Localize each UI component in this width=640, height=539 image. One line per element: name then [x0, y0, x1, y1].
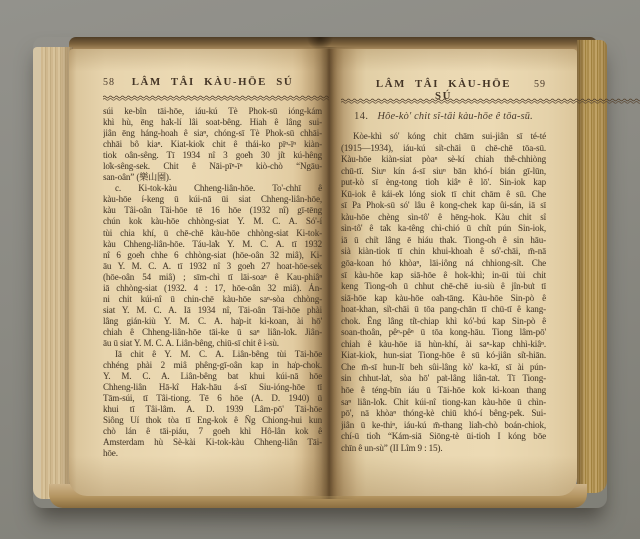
text-line: kàu Chheng-liân-hōe. Táu-la̍k Y. M. C. A…	[103, 239, 322, 250]
text-line: jiân ū ke-thiⁿ, iáu-kú m̄-thang lia̍h-ch…	[341, 420, 546, 432]
text-line: iā chhòng-siat (1932. 4 : 17, hōe-oân 32…	[103, 283, 322, 294]
text-line: sin chhut-la̍t, sòa hō' pa̍t-lâng liân-t…	[341, 373, 546, 385]
text-line: kàu-hōe í-keng ū kúi-nā ūi siat Chheng-l…	[103, 194, 322, 205]
text-line: chò lán ê tāi-piáu, 7 goe̍h khì Hô-lân k…	[103, 426, 322, 437]
text-line: chū-tī. Siuⁿ kín á-sī siuⁿ bān khó-í biá…	[341, 166, 546, 178]
right-page-edge-stack	[577, 40, 607, 493]
text-line: kàu Tâi-oân Tāi-hōe tē 16 hōe (1932 nî) …	[103, 205, 322, 216]
text-line: chhéng phài 2 miâ phêng-gī-oân kap in ha…	[103, 360, 322, 371]
text-line: (1915—1934), iáu-kú si̍t-chāi ū chē-chē …	[341, 143, 546, 155]
right-page: LÂM TÂI KÀU-HŌE SÚ 59 14. Hôe-kò' chit s…	[329, 49, 577, 496]
section-number: 14.	[354, 111, 368, 122]
wavy-rule	[341, 98, 640, 104]
text-line: sià kiàn-tiok tī chin khui-khoah ê só'-c…	[341, 246, 546, 258]
text-line: Amsterdam hù Sè-kài Ki-tok-kàu Chheng-li…	[103, 437, 322, 448]
text-line: Chheng-liân Hā-kî Ha̍k-hāu á-sī Siu-ióng…	[103, 382, 322, 393]
text-line: Kū-iok ê kái-e̍k lóng sio̍k tī chit chām…	[341, 189, 546, 201]
text-line: chhāi bô kiaⁿ. Kiat-kio̍k chit ê thái-ko…	[103, 139, 322, 150]
text-line: chok. Ēng lâng ti̍t-chiap khì kó'-bú kap…	[341, 316, 546, 328]
text-line: kàu-hōe chèng sìn-tô' ê hēng-hok. Kàu ch…	[341, 212, 546, 224]
text-line: pō', nā khòaⁿ thóng-kè chiū khó-í bêng-p…	[341, 408, 546, 420]
text-line: chīn ê un-sù” (II Lîm 9 : 15).	[341, 443, 546, 455]
running-title: LÂM TÂI KÀU-HŌE SÚ	[129, 76, 296, 88]
text-line: soan-thoân, pêⁿ-pêⁿ ū tōa kong-hāu. Tion…	[341, 327, 546, 339]
text-line: Kiat-kio̍k, hun-siat Tiong-hōe ê sū kó-j…	[341, 350, 546, 362]
text-line: siā-hōe kap kàu-hōe oa̍h-tāng. Kàu-hōe S…	[341, 293, 546, 305]
text-line: lâng gián-kiù Y. M. C. A. ha̍p-it ki-koa…	[103, 316, 322, 327]
text-line: āu ū siat Y. M. C. A. Liân-bêng, chiū-sī…	[103, 338, 322, 349]
text-line: saⁿ liân-lo̍k. Chit kúi-nî tiong-kan kàu…	[341, 397, 546, 409]
text-line: put-kò sī èng-tong tio̍h kiâⁿ ê lō'. Sin…	[341, 177, 546, 189]
text-line: hōe ê téng-bīn iáu ū Tāi-hōe kok ki-koan…	[341, 385, 546, 397]
text-line: siat Y. M. C. A. Iā 1934 nî, Tāi-oân Tāi…	[103, 305, 322, 316]
left-page: 58 LÂM TÂI KÀU-HŌE SÚ súi ke-bîn tāi-hōe…	[69, 49, 329, 496]
text-line: gōa-koan hó khòaⁿ, lāi-iông ná chhiong-s…	[341, 258, 546, 270]
text-line: sī Pa Phok-sū só' lâu ê kong-chek kap ûi…	[341, 200, 546, 212]
section-title: Hôe-kò' chit sî-tāi kàu-hōe ê tōa-sū.	[377, 111, 532, 122]
text-line: (hōe-oân 54 miâ) ; sīm-chì tī lāi-soaⁿ ê…	[103, 272, 322, 283]
text-line: sìn-tô' ê ta̍k ka-têng chì-chió ū chi̍t …	[341, 223, 546, 235]
text-line: tiok oân-sêng. Tī 1934 nî 3 goe̍h 30 ji̍…	[103, 150, 322, 161]
left-page-edge-stack	[33, 47, 73, 499]
text-line: keng Tiong-o̍h ū chhut chē-chē iu-siù ê …	[341, 281, 546, 293]
text-line: khui tī Tâi-lâm. A. D. 1939 Lâm-pō' Tāi-…	[103, 404, 322, 415]
text-line: súi ke-bîn tāi-hōe, iáu-kú Tè Phok-sū ió…	[103, 106, 322, 117]
text-line: jiân ēng háng-hoah ê siaⁿ, chóng-sī Tè P…	[103, 128, 322, 139]
text-line: lo̍k-sêng-sek. Chit ê Nāi-pīⁿ-īⁿ kiò-chò…	[103, 161, 322, 172]
section-heading: 14. Hôe-kò' chit sî-tāi kàu-hōe ê tōa-sū…	[341, 111, 546, 122]
text-line: āu Y. M. C. A. tī 1932 nî 3 goe̍h 27 hoa…	[103, 261, 322, 272]
text-line: hoat-khan, si̍t-chāi ū tōa pang-chān tī …	[341, 304, 546, 316]
left-running-head: 58 LÂM TÂI KÀU-HŌE SÚ	[103, 76, 322, 88]
text-line: Tām-súi, tī Tâi-tiong. Tē 6 hōe (A. D. 1…	[103, 393, 322, 404]
text-line: Che m̄-sī hun-lī beh sûi-lâng kò' ka-kī,…	[341, 362, 546, 374]
text-line: nî 6 goe̍h chhe 6 chhòng-siat (hōe-oân 3…	[103, 250, 322, 261]
text-line: Siông Uí thok tòa tī Eng-kok ê N̂g Chion…	[103, 415, 322, 426]
text-line: Kòe-khì só' kóng chit chām sui-jiân sī t…	[341, 131, 546, 143]
text-line: c. Ki-tok-kàu Chheng-liân-hōe. To'-chhī …	[103, 183, 322, 194]
right-page-body-text: Kòe-khì só' kóng chit chām sui-jiân sī t…	[341, 131, 546, 454]
left-page-number: 58	[103, 77, 129, 88]
text-line: tùi chia khí, ū chē-chē kàu-hōe chhòng-s…	[103, 228, 322, 239]
text-line: Kàu-hōe kiàn-siat pòaⁿ sè-kí chiah thê-c…	[341, 154, 546, 166]
text-line: chiah ê Chheng-liân-hōe tāi-ke ū saⁿ liâ…	[103, 327, 322, 338]
text-line: Iā chit ê Y. M. C. A. Liân-bêng tùi Tāi-…	[103, 349, 322, 360]
text-line: chí-ū tio̍h “Kám-siā Siōng-tè ūi-tio̍h I…	[341, 431, 546, 443]
text-line: chún kok kàu-hōe chhòng-siat Y. M. C. A.…	[103, 216, 322, 227]
text-line: hōe.	[103, 448, 322, 459]
text-line: Y. M. C. A. Liân-bêng bat khui kúi-nā hō…	[103, 371, 322, 382]
photo-background: 58 LÂM TÂI KÀU-HŌE SÚ súi ke-bîn tāi-hōe…	[0, 0, 640, 539]
text-line: chiah ê kàu-hōe iā hùn-khí, ài saⁿ-kap c…	[341, 339, 546, 351]
text-line: sī kàu-hōe kap siā-hōe ê hok-khì; in-ūi …	[341, 270, 546, 282]
left-page-body-text: súi ke-bîn tāi-hōe, iáu-kú Tè Phok-sū ió…	[103, 106, 322, 460]
open-book: 58 LÂM TÂI KÀU-HŌE SÚ súi ke-bîn tāi-hōe…	[33, 37, 607, 508]
text-line: iā ū chi̍t lâng ē hiáu tha̍k. Tiong-o̍h …	[341, 235, 546, 247]
text-line: ni chit kúi-nî ū chin-chē kàu-hōe saⁿ-sò…	[103, 294, 322, 305]
right-page-number: 59	[520, 79, 546, 90]
text-line: san-oân” (樂山園).	[103, 172, 322, 183]
text-line: khì hù, ēng ha̍k-lí lâi soat-bêng. Hiah …	[103, 117, 322, 128]
